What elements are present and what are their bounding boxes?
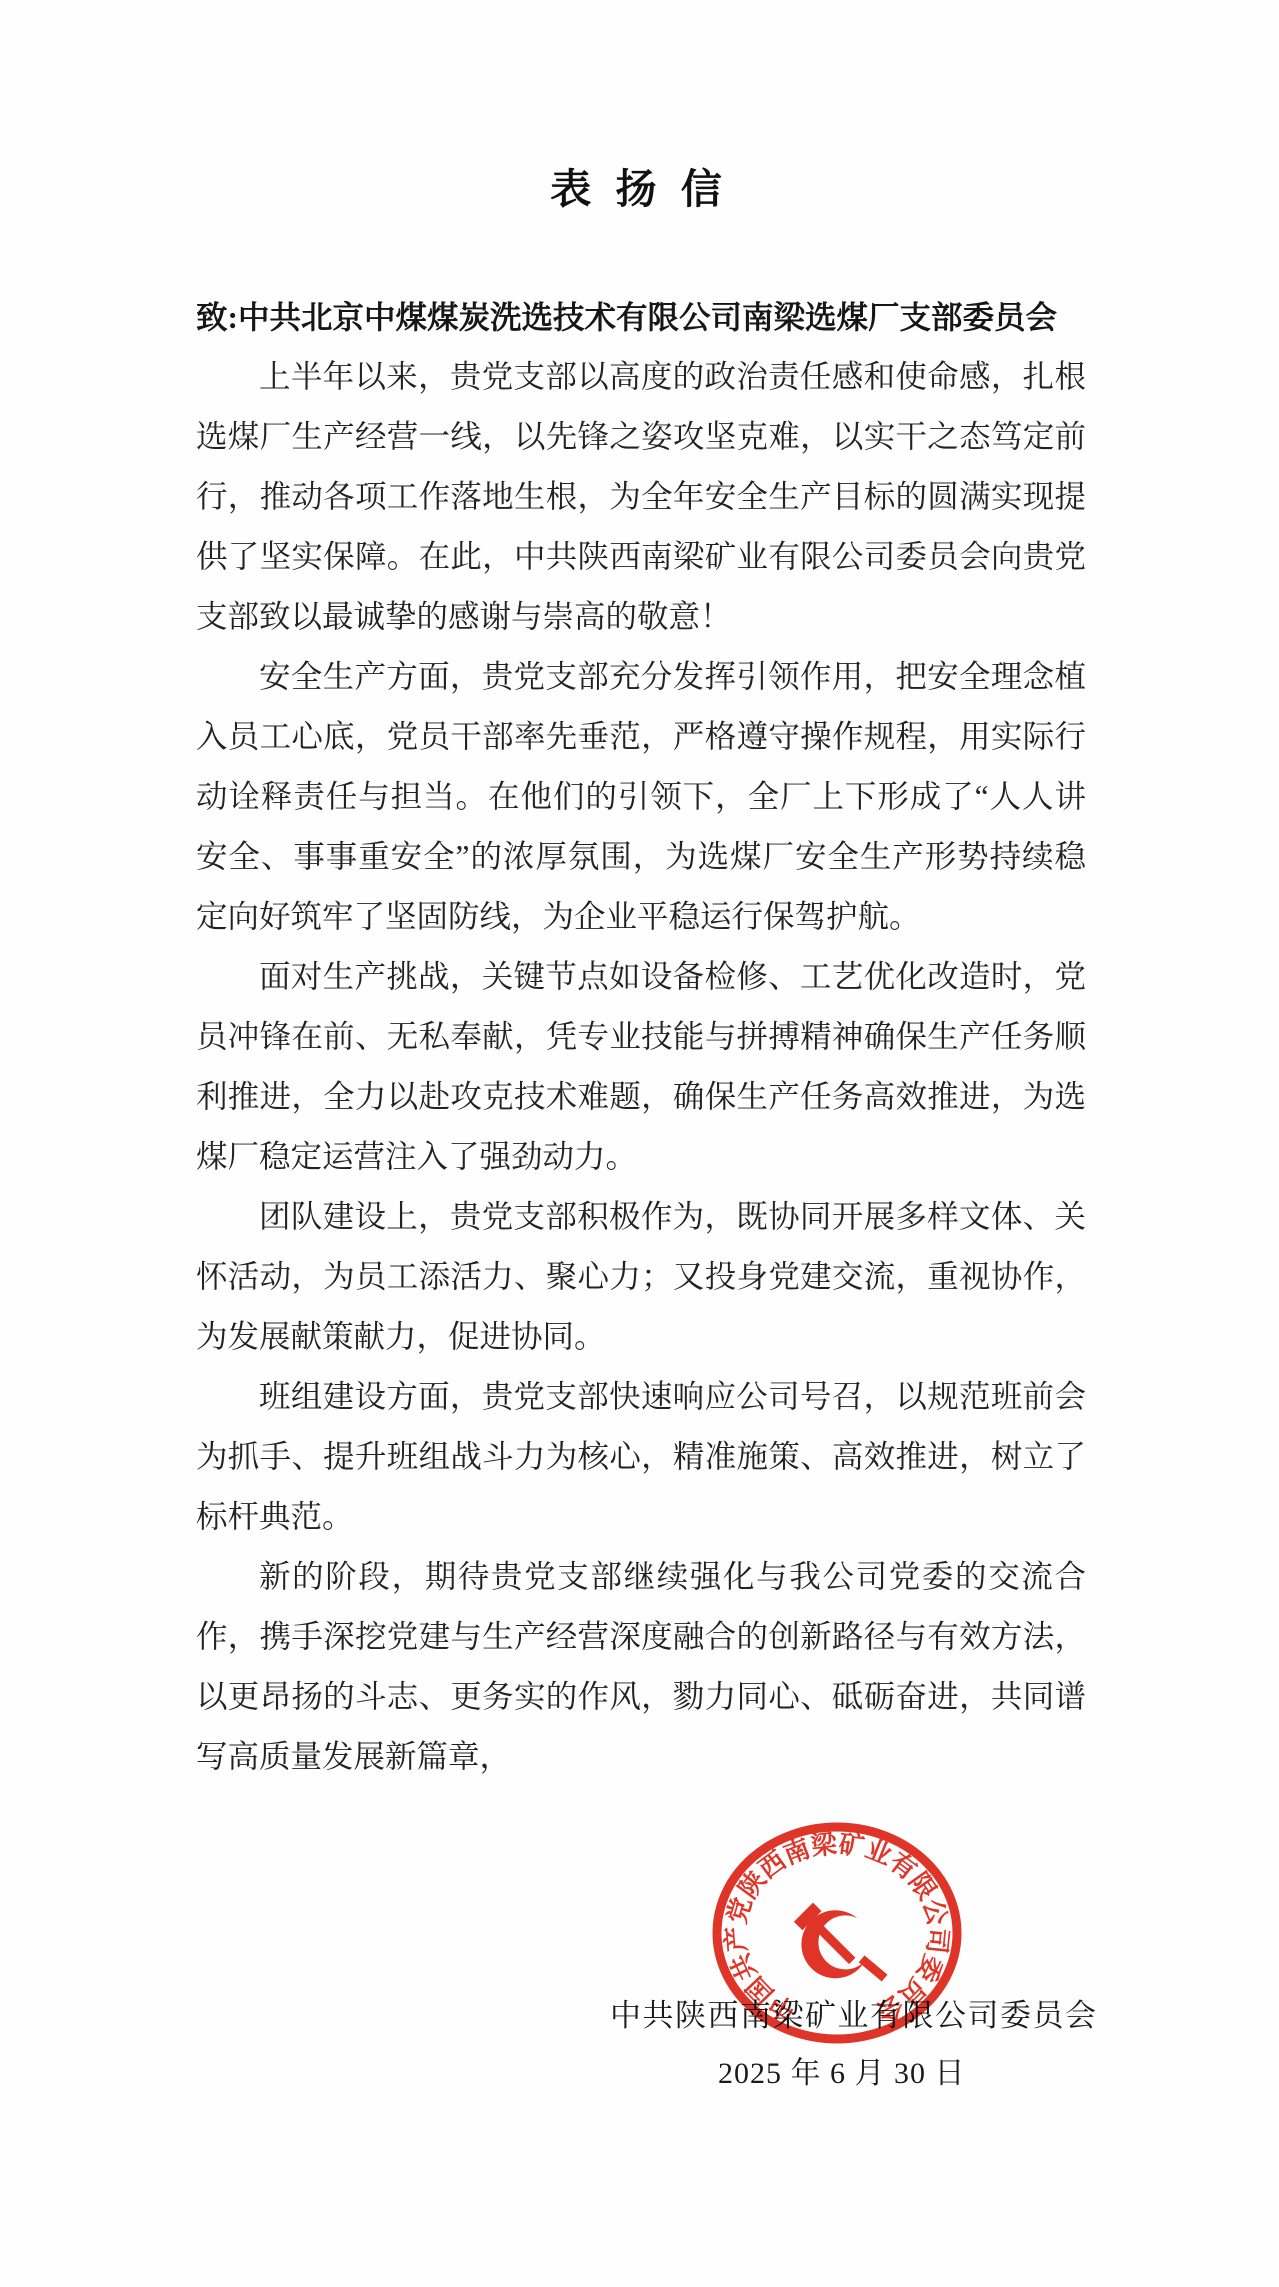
letter-salutation: 致:中共北京中煤煤炭洗选技术有限公司南梁选煤厂支部委员会 bbox=[196, 293, 1096, 338]
commendation-letter-page: 表 扬 信 致:中共北京中煤煤炭洗选技术有限公司南梁选煤厂支部委员会 上半年以来… bbox=[0, 0, 1279, 2287]
paragraph-1: 上半年以来，贵党支部以高度的政治责任感和使命感，扎根选煤厂生产经营一线，以先锋之… bbox=[196, 347, 1086, 647]
paragraph-6: 新的阶段，期待贵党支部继续强化与我公司党委的交流合作，携手深挖党建与生产经营深度… bbox=[196, 1547, 1086, 1787]
letter-body: 上半年以来，贵党支部以高度的政治责任感和使命感，扎根选煤厂生产经营一线，以先锋之… bbox=[196, 347, 1086, 1787]
paragraph-5: 班组建设方面，贵党支部快速响应公司号召，以规范班前会为抓手、提升班组战斗力为核心… bbox=[196, 1367, 1086, 1547]
paragraph-4: 团队建设上，贵党支部积极作为，既协同开展多样文体、关怀活动，为员工添活力、聚心力… bbox=[196, 1187, 1086, 1367]
paragraph-3: 面对生产挑战，关键节点如设备检修、工艺优化改造时，党员冲锋在前、无私奉献，凭专业… bbox=[196, 947, 1086, 1187]
seal-outer-ring bbox=[717, 1827, 957, 2039]
letter-title: 表 扬 信 bbox=[0, 156, 1279, 215]
letter-date: 2025 年 6 月 30 日 bbox=[718, 2048, 966, 2092]
official-seal: 中国共产党陕西南梁矿业有限公司委员会 bbox=[708, 1818, 966, 2048]
hammer-sickle-icon bbox=[794, 1903, 888, 1982]
paragraph-2: 安全生产方面，贵党支部充分发挥引领作用，把安全理念植入员工心底，党员干部率先垂范… bbox=[196, 647, 1086, 947]
